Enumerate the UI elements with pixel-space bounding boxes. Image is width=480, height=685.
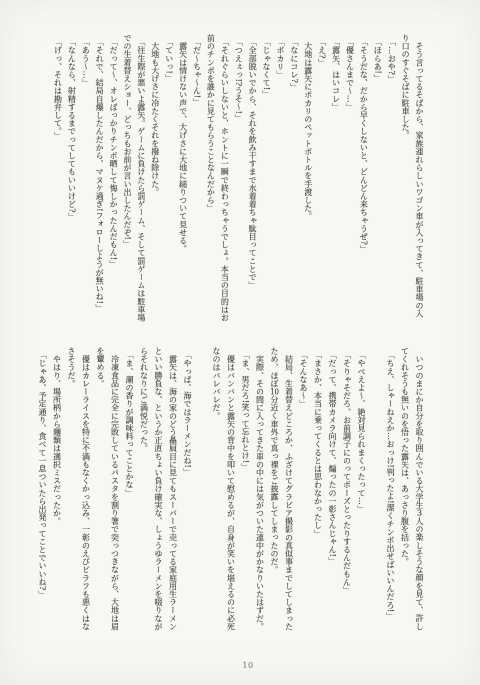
text-column: 「そんなあ〜」 bbox=[296, 347, 311, 649]
text-column: 「それぐらいしないと、ホントに一瞬で終わっちゃうでしょ。本当の目的はお bbox=[217, 34, 231, 336]
text-column: やはり、場所柄から麺類は選択ミスだったか。 bbox=[49, 347, 64, 649]
text-column: 「ま、潮の香りが調味料ってことかな」 bbox=[122, 347, 137, 649]
text-column: 「ちえ、しゃーねえか…おっけ!判ったよ!潔くチンポ出せばいいんだろ!」 bbox=[383, 347, 398, 649]
text-column: 「全部脱いでから、それを飲み干すまで水着着ちゃ駄目ってことで」 bbox=[245, 34, 259, 336]
text-column: 「つえぇっ!?うそ〜!」 bbox=[231, 34, 245, 336]
text-column: 「なにコレ?」 bbox=[287, 34, 301, 336]
text-column: 大地は露矢にポカリのペットボトルを手渡した。 bbox=[301, 34, 315, 336]
text-column: いつのまにか自分を取り囲んでいる大学生3人の楽しそうな顔を見て、許し bbox=[412, 347, 427, 649]
text-column: 優はバンバンと露矢の背中を叩いて慰めるが、自身が笑いを堪えるのに必死 bbox=[223, 347, 238, 649]
text-column: 露矢は、海の家のどう贔屓目に見てもスーパーで売ってる家庭用生ラーメン bbox=[165, 347, 180, 649]
text-column: 「だ〜ちゃ〜ん!」 bbox=[190, 34, 204, 336]
text-column: なのはバレバレだ。 bbox=[209, 347, 224, 649]
text-column: り口のすぐそばに駐車した。 bbox=[398, 34, 412, 336]
text-column: 「あう〜…」 bbox=[78, 34, 92, 336]
text-column: 優はカレーライスを特に不満もなくかっ込み、一彰のえびピラフも悪くはな bbox=[78, 347, 93, 649]
text-column: 大地も大げさに冷たくそれを撥ね除けた。 bbox=[148, 34, 162, 336]
text-column: 「じゃあ、予定通り、食べて一息ついたら出発ってことでいいね?」 bbox=[35, 347, 50, 649]
text-column: 「やべえよ〜、絶対見られまくったって…」 bbox=[354, 347, 369, 649]
text-column: 「ていっ!」 bbox=[162, 34, 176, 336]
text-column: 「そうだな、だから早くしないと、どんどん来ちゃうぜ?」 bbox=[356, 34, 370, 336]
text-column: らそれなりにご満悦だった。 bbox=[136, 347, 151, 649]
text-column: 「やっぱ、海ではラーメンだね!」 bbox=[180, 347, 195, 649]
text-column: といい勝負な、というか正直ちょい負け確実な、しょうゆラーメンを啜りなが bbox=[151, 347, 166, 649]
text-column: 結局、生着替えどころか、ふざけてグラビア撮影の真似事までしてしまった bbox=[281, 347, 296, 649]
scanned-novel-page: そう言ってるそばから、家族連れらしいワゴン車が入ってきて、駐車場の入り口のすぐそ… bbox=[0, 0, 480, 685]
text-column: 「往生際が悪いよ露矢。ゲームに負けたら罰ゲーム、そして罰ゲームは駐車場 bbox=[134, 34, 148, 336]
text-column: 「ま、男だろ!笑って忘れとけ!」 bbox=[238, 347, 253, 649]
text-column: を顰める。 bbox=[93, 347, 108, 649]
text-column: 実際、その間に入ってきた車の中には気がついた連中がかなりいたはずだ。 bbox=[252, 347, 267, 649]
text-column: 「露矢、はいコレ」 bbox=[329, 34, 343, 336]
text-column: 「だって、携帯カメラ向けて、煽ったの一彰さんじゃん!」 bbox=[325, 347, 340, 649]
text-column: ため、ほぼ10分近く車外で真っ裸をご披露してしまったのだ。 bbox=[267, 347, 282, 649]
tate-chu-yoko-number: 10 bbox=[270, 388, 279, 396]
text-column: 「そりゃそだろ、お前調子にのってポーズとったりするんだもん」 bbox=[339, 347, 354, 649]
text-column: 「なんなら、射精するまでってしてもいいけど?」 bbox=[64, 34, 78, 336]
text-column: 「まさか、本当に乗ってくるとは思わなかったし」 bbox=[310, 347, 325, 649]
text-column: 露矢は情けない声で、大げさに大地に縋りついて見せる。 bbox=[176, 34, 190, 336]
text-column: 「だって〜、オレばっかりチンポ晒して悔しかったんだもん!」 bbox=[106, 34, 120, 336]
text-column: 「それで、結局自爆したんだから、マヌケ過ぎ!フォローしようが無いね!」 bbox=[92, 34, 106, 336]
text-band-bottom: いつのまにか自分を取り囲んでいる大学生3人の楽しそうな顔を見て、許してくれそうも… bbox=[35, 347, 427, 649]
tate-chu-yoko-number: 3 bbox=[415, 509, 424, 517]
text-column: 「え?」 bbox=[315, 34, 329, 336]
text-column: 「…おや?」 bbox=[384, 34, 398, 336]
text-column: 「ほらあ!」 bbox=[370, 34, 384, 336]
text-column: 冷凍食品に完全に完敗しているパスタを割り箸で突っつきながら、大地は眉 bbox=[107, 347, 122, 649]
text-column: 「げっ、それは勘弁して。」 bbox=[51, 34, 65, 336]
text-column: 「優さんまで〜…」 bbox=[343, 34, 357, 336]
scene-break-column bbox=[194, 347, 209, 649]
text-column: てくれそうも無いのを悟った露矢は、あっさり腹を括った。 bbox=[397, 347, 412, 649]
scene-break-column bbox=[368, 347, 383, 649]
text-column: そう言ってるそばから、家族連れらしいワゴン車が入ってきて、駐車場の入 bbox=[412, 34, 426, 336]
text-column: さそうだ。 bbox=[64, 347, 79, 649]
text-column: 前のチンポを誰かに見てもらうことなんだから」 bbox=[204, 34, 218, 336]
text-column: での生着替えショー、どっちもお前が言い出したんだぞ!」 bbox=[120, 34, 134, 336]
page-number: 10 bbox=[16, 661, 480, 670]
text-band-top: そう言ってるそばから、家族連れらしいワゴン車が入ってきて、駐車場の入り口のすぐそ… bbox=[51, 34, 426, 336]
text-column: 「じゃなくて!」 bbox=[259, 34, 273, 336]
text-column: 「ポカリ」 bbox=[273, 34, 287, 336]
